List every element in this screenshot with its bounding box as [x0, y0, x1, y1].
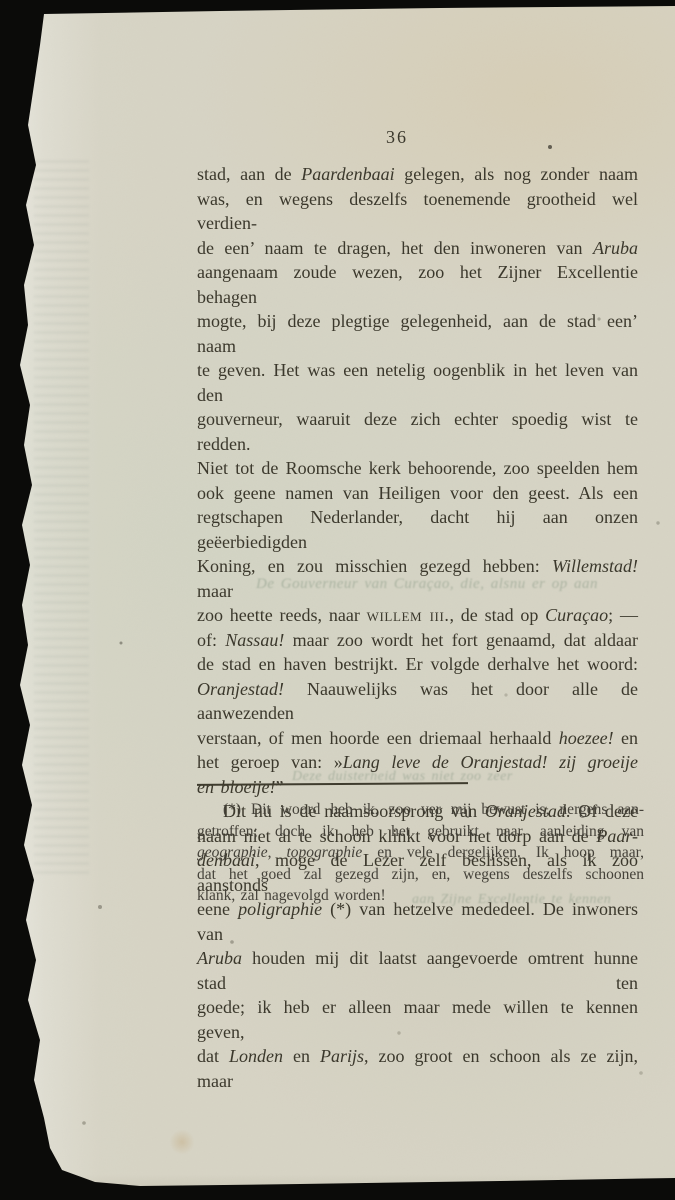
text-line: het geroep van: »Lang leve de Oranjestad… — [197, 750, 638, 775]
text-run: regtschapen Nederlander, dacht hij aan o… — [197, 507, 638, 552]
text-line: regtschapen Nederlander, dacht hij aan o… — [197, 505, 638, 554]
paper-specks — [0, 0, 2, 2]
text-run: getroffen; doch ik heb het gebruikt naar… — [197, 823, 644, 840]
text-line: zoo heette reeds, naar willem iii., de s… — [197, 603, 638, 628]
text-run: en vele dergelijken. Ik hoop maar, — [362, 844, 644, 861]
italic-text-run: Willemstad! — [552, 556, 638, 576]
text-run: klank, zal nagevolgd worden! — [197, 887, 386, 904]
text-line: te geven. Het was een netelig oogenblik … — [197, 358, 638, 407]
text-line: Niet tot de Roomsche kerk behoorende, zo… — [197, 456, 638, 481]
text-line: (*) Dit woord heb ik, zoo ver mij bewust… — [197, 799, 644, 821]
text-run: stad, aan de — [197, 164, 301, 184]
text-line: gouverneur, waaruit deze zich echter spo… — [197, 407, 638, 456]
text-line: klank, zal nagevolgd worden! — [197, 885, 644, 907]
text-run: goede; ik heb er alleen maar mede willen… — [197, 997, 638, 1042]
text-run: Koning, en zou misschien gezegd hebben: — [197, 556, 552, 576]
text-line: dat het goed zal gezegd zijn, en, wegens… — [197, 864, 644, 886]
deckle-edge-fibres — [34, 160, 89, 880]
italic-text-run: Oranjestad! — [197, 679, 284, 699]
text-line: Koning, en zou misschien gezegd hebben: … — [197, 554, 638, 603]
text-run: maar zoo wordt het fort genaamd, dat ald… — [284, 630, 638, 650]
text-run: , de stad op — [449, 605, 545, 625]
text-line: Oranjestad! Naauwelijks was het door all… — [197, 677, 638, 726]
footnote-block: (*) Dit woord heb ik, zoo ver mij bewust… — [197, 799, 644, 907]
italic-text-run: geographie — [197, 844, 268, 861]
text-line: Aruba houden mij dit laatst aangevoerde … — [197, 946, 638, 995]
page-number: 36 — [197, 127, 597, 148]
text-line: dat Londen en Parijs, zoo groot en schoo… — [197, 1044, 638, 1093]
text-run: en — [614, 728, 638, 748]
text-run: , — [268, 844, 287, 861]
text-line: verstaan, of men hoorde een driemaal her… — [197, 726, 638, 751]
text-line: stad, aan de Paardenbaai gelegen, als no… — [197, 162, 638, 187]
text-run: (*) Dit woord heb ik, zoo ver mij bewust… — [223, 801, 644, 818]
text-run: Niet tot de Roomsche kerk behoorende, zo… — [197, 458, 638, 478]
text-run: houden mij dit laatst aangevoerde omtren… — [197, 948, 638, 993]
italic-text-run: Aruba — [197, 948, 242, 968]
italic-text-run: Nassau! — [225, 630, 284, 650]
text-line: geographie, topographie en vele dergelij… — [197, 842, 644, 864]
italic-text-run: topographie — [286, 844, 362, 861]
text-run: en — [283, 1046, 320, 1066]
text-run: ; — — [608, 605, 638, 625]
text-run: de stad en haven bestrijkt. Er volgde de… — [197, 654, 638, 674]
paragraph: stad, aan de Paardenbaai gelegen, als no… — [197, 162, 638, 799]
text-line: getroffen; doch ik heb het gebruikt naar… — [197, 821, 644, 843]
text-run: aangenaam zoude wezen, zoo het Zijner Ex… — [197, 262, 638, 307]
text-line: goede; ik heb er alleen maar mede willen… — [197, 995, 638, 1044]
text-run: was, en wegens deszelfs toenemende groot… — [197, 189, 638, 234]
text-line: was, en wegens deszelfs toenemende groot… — [197, 187, 638, 236]
text-run: of: — [197, 630, 225, 650]
text-run: het geroep van: » — [197, 752, 343, 772]
text-run: dat — [197, 1046, 229, 1066]
text-run: zoo heette reeds, naar — [197, 605, 367, 625]
text-run: ” — [275, 777, 283, 797]
text-line: de stad en haven bestrijkt. Er volgde de… — [197, 652, 638, 677]
text-run: te geven. Het was een netelig oogenblik … — [197, 360, 638, 405]
text-line: mogte, bij deze plegtige gelegenheid, aa… — [197, 309, 638, 358]
text-run: de een’ naam te dragen, het den inwonere… — [197, 238, 593, 258]
italic-text-run: Londen — [229, 1046, 283, 1066]
text-run: gelegen, als nog zonder naam — [395, 164, 638, 184]
smallcaps-text-run: willem iii. — [367, 605, 450, 625]
text-run: verstaan, of men hoorde een driemaal her… — [197, 728, 559, 748]
italic-text-run: Paardenbaai — [301, 164, 394, 184]
main-text-block: stad, aan de Paardenbaai gelegen, als no… — [197, 162, 638, 1093]
text-line: aangenaam zoude wezen, zoo het Zijner Ex… — [197, 260, 638, 309]
italic-text-run: Lang leve de Oranjestad! zij groeije — [343, 752, 638, 772]
text-line: de een’ naam te dragen, het den inwonere… — [197, 236, 638, 261]
text-run: maar — [197, 581, 233, 601]
scanned-book-page: De Gouverneur van Curaçao, die, alsnu er… — [0, 0, 675, 1200]
italic-text-run: Parijs — [320, 1046, 364, 1066]
text-run: ook geene namen van Heiligen voor den ge… — [197, 483, 638, 503]
italic-text-run: en bloeije! — [197, 777, 275, 797]
book-page-paper: De Gouverneur van Curaçao, die, alsnu er… — [0, 0, 675, 1200]
text-run: gouverneur, waaruit deze zich echter spo… — [197, 409, 638, 454]
text-line: en bloeije!” — [197, 775, 638, 800]
text-run: mogte, bij deze plegtige gelegenheid, aa… — [197, 311, 638, 356]
text-line: ook geene namen van Heiligen voor den ge… — [197, 481, 638, 506]
text-run: dat het goed zal gezegd zijn, en, wegens… — [197, 866, 644, 883]
text-line: of: Nassau! maar zoo wordt het fort gena… — [197, 628, 638, 653]
italic-text-run: Curaçao — [545, 605, 608, 625]
italic-text-run: hoezee! — [559, 728, 614, 748]
italic-text-run: Aruba — [593, 238, 638, 258]
